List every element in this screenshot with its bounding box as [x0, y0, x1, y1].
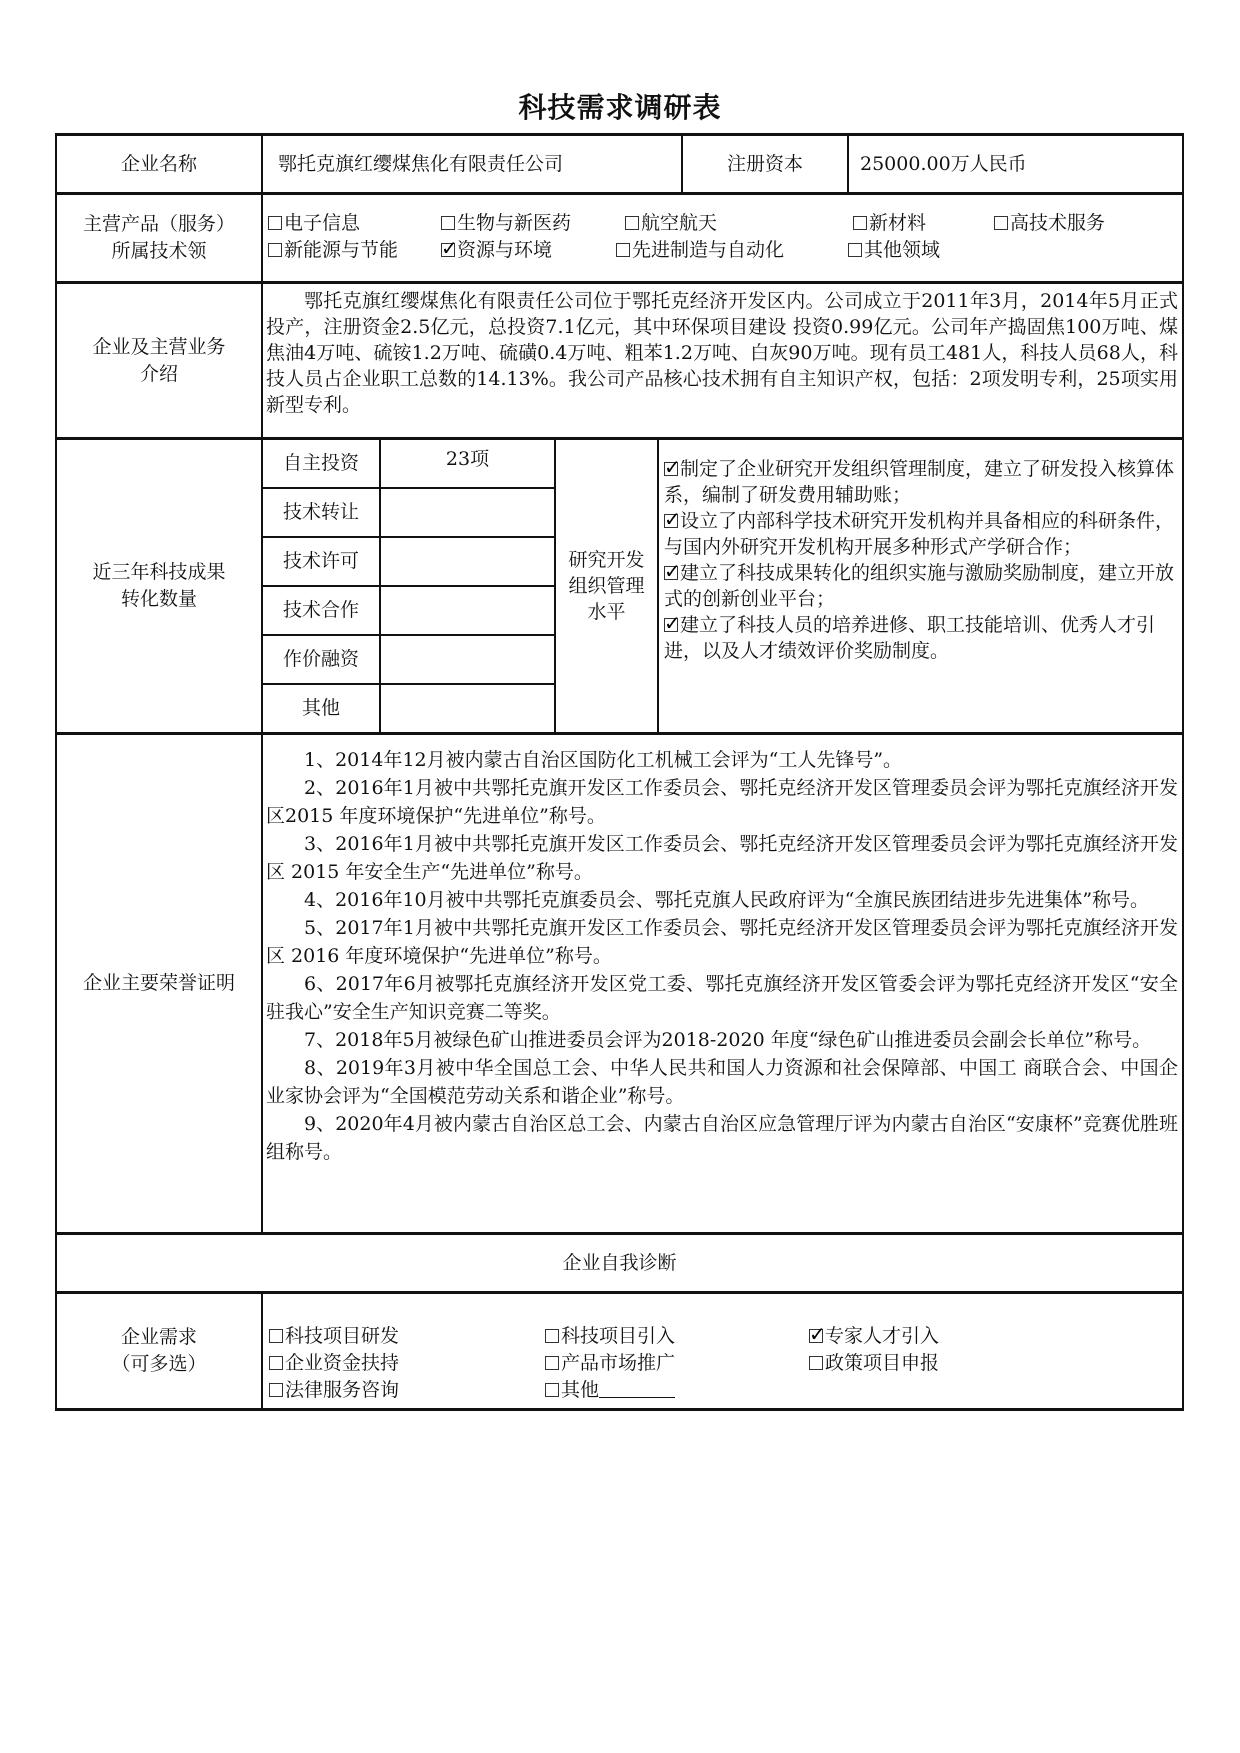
option-label: 航空航天 — [641, 212, 717, 234]
company-name-value: 鄂托克旗红缨煤焦化有限责任公司 — [278, 136, 678, 192]
achievements-label: 近三年科技成果 转化数量 — [57, 440, 261, 732]
achievement-value — [381, 538, 554, 585]
honor-item: 6、2017年6月被鄂托克旗经济开发区党工委、鄂托克旗经济开发区管委会评为鄂托克… — [266, 970, 1178, 1026]
honors-label: 企业主要荣誉证明 — [57, 735, 261, 1232]
honors-list: 1、2014年12月被内蒙古自治区国防化工机械工会评为“工人先锋号”。 2、20… — [266, 746, 1178, 1166]
achievement-type: 自主投资 — [263, 440, 379, 487]
tech-field-option[interactable]: 其他领域 — [848, 237, 940, 264]
company-name-label: 企业名称 — [57, 136, 261, 192]
option-label: 其他领域 — [864, 239, 940, 261]
tech-field-option[interactable]: 先进制造与自动化 — [616, 237, 784, 264]
rd-item-text: 设立了内部科学技术研究开发机构并具备相应的科研条件，与国内外研究开发机构开展多种… — [664, 510, 1174, 558]
rd-item: 建立了科技人员的培养进修、职工技能培训、优秀人才引进，以及人才绩效评价奖励制度。 — [664, 612, 1178, 664]
achievement-type: 技术转让 — [263, 489, 379, 536]
checkbox-icon[interactable] — [545, 1329, 559, 1343]
checkbox-icon[interactable] — [269, 1356, 283, 1370]
checkbox-icon[interactable] — [268, 243, 282, 257]
rd-item: 设立了内部科学技术研究开发机构并具备相应的科研条件，与国内外研究开发机构开展多种… — [664, 508, 1178, 560]
option-label: 政策项目申报 — [825, 1352, 939, 1374]
checkbox-icon[interactable] — [269, 1329, 283, 1343]
registered-capital-value: 25000.00万人民币 — [860, 136, 1180, 192]
checkbox-checked-icon[interactable] — [809, 1329, 823, 1343]
intro-label-line1: 企业及主营业务 — [92, 334, 225, 361]
rd-item-text: 制定了企业研究开发组织管理制度，建立了研发投入核算体系，编制了研发费用辅助账； — [664, 458, 1174, 506]
rd-label-line2: 组织管理 — [568, 573, 644, 599]
achievement-value — [381, 587, 554, 634]
checkbox-icon[interactable] — [268, 216, 282, 230]
option-label: 产品市场推广 — [561, 1352, 675, 1374]
honor-item: 1、2014年12月被内蒙古自治区国防化工机械工会评为“工人先锋号”。 — [266, 746, 1178, 774]
tech-field-option[interactable]: 新能源与节能 — [268, 237, 398, 264]
checkbox-icon[interactable] — [809, 1356, 823, 1370]
achievement-type: 作价融资 — [263, 636, 379, 683]
rd-management-items: 制定了企业研究开发组织管理制度，建立了研发投入核算体系，编制了研发费用辅助账； … — [664, 456, 1178, 664]
col-divider — [261, 1291, 263, 1409]
tech-field-option[interactable]: 高技术服务 — [994, 210, 1105, 237]
achievement-value — [381, 685, 554, 732]
registered-capital-label: 注册资本 — [683, 136, 847, 192]
tech-field-label: 主营产品（服务） 所属技术领 — [57, 195, 261, 281]
honor-item: 9、2020年4月被内蒙古自治区总工会、内蒙古自治区应急管理厅评为内蒙古自治区“… — [266, 1110, 1178, 1166]
achievement-value: 23项 — [381, 440, 554, 487]
rd-label-line1: 研究开发 — [568, 547, 644, 573]
checkbox-checked-icon[interactable] — [664, 618, 678, 632]
option-label: 新能源与节能 — [284, 239, 398, 261]
honor-item: 3、2016年1月被中共鄂托克旗开发区工作委员会、鄂托克经济开发区管理委员会评为… — [266, 830, 1178, 886]
option-label: 资源与环境 — [457, 239, 552, 261]
checkbox-icon[interactable] — [616, 243, 630, 257]
honor-item: 4、2016年10月被中共鄂托克旗委员会、鄂托克旗人民政府评为“全旗民族团结进步… — [266, 886, 1178, 914]
achievements-label-line2: 转化数量 — [121, 586, 197, 613]
checkbox-icon[interactable] — [441, 216, 455, 230]
checkbox-icon[interactable] — [269, 1383, 283, 1397]
need-option[interactable]: 政策项目申报 — [809, 1350, 939, 1377]
rd-label-line3: 水平 — [587, 599, 625, 625]
tech-field-label-line2: 所属技术领 — [111, 238, 206, 265]
tech-field-label-line1: 主营产品（服务） — [83, 211, 235, 238]
tech-field-option[interactable]: 新材料 — [853, 210, 926, 237]
checkbox-icon[interactable] — [848, 243, 862, 257]
option-label: 新材料 — [869, 212, 926, 234]
rd-item: 制定了企业研究开发组织管理制度，建立了研发投入核算体系，编制了研发费用辅助账； — [664, 456, 1178, 508]
checkbox-icon[interactable] — [853, 216, 867, 230]
option-label: 专家人才引入 — [825, 1325, 939, 1347]
need-option[interactable]: 企业资金扶持 — [269, 1350, 399, 1377]
tech-field-option[interactable]: 生物与新医药 — [441, 210, 571, 237]
need-option-other[interactable]: 其他 — [545, 1377, 675, 1404]
option-label: 科技项目引入 — [561, 1325, 675, 1347]
intro-text: 鄂托克旗红缨煤焦化有限责任公司位于鄂托克经济开发区内。公司成立于2011年3月，… — [266, 288, 1178, 418]
tech-field-option-checked[interactable]: 资源与环境 — [441, 237, 552, 264]
self-diagnosis-header: 企业自我诊断 — [57, 1235, 1182, 1291]
intro-label-line2: 介绍 — [140, 361, 178, 388]
achievement-type: 其他 — [263, 685, 379, 732]
achievement-type: 技术许可 — [263, 538, 379, 585]
need-option[interactable]: 法律服务咨询 — [269, 1377, 399, 1404]
checkbox-icon[interactable] — [994, 216, 1008, 230]
rd-item-text: 建立了科技成果转化的组织实施与激励奖励制度，建立开放式的创新创业平台； — [664, 562, 1174, 610]
table-border-right — [1182, 133, 1184, 1411]
checkbox-checked-icon[interactable] — [664, 514, 678, 528]
checkbox-checked-icon[interactable] — [441, 243, 455, 257]
checkbox-checked-icon[interactable] — [664, 462, 678, 476]
need-option[interactable]: 产品市场推广 — [545, 1350, 675, 1377]
checkbox-icon[interactable] — [545, 1356, 559, 1370]
achievement-value — [381, 489, 554, 536]
col-divider — [847, 133, 849, 193]
honor-item: 7、2018年5月被绿色矿山推进委员会评为2018-2020 年度“绿色矿山推进… — [266, 1026, 1178, 1054]
checkbox-icon[interactable] — [545, 1383, 559, 1397]
tech-field-option[interactable]: 电子信息 — [268, 210, 360, 237]
intro-label: 企业及主营业务 介绍 — [57, 284, 261, 437]
option-label: 先进制造与自动化 — [632, 239, 784, 261]
achievements-label-line1: 近三年科技成果 — [92, 559, 225, 586]
rd-item: 建立了科技成果转化的组织实施与激励奖励制度，建立开放式的创新创业平台； — [664, 560, 1178, 612]
need-option-checked[interactable]: 专家人才引入 — [809, 1323, 939, 1350]
honor-item: 2、2016年1月被中共鄂托克旗开发区工作委员会、鄂托克经济开发区管理委员会评为… — [266, 774, 1178, 830]
table-border-bottom — [56, 1408, 1184, 1411]
checkbox-checked-icon[interactable] — [664, 566, 678, 580]
needs-label-line1: 企业需求 — [121, 1324, 197, 1351]
rd-item-text: 建立了科技人员的培养进修、职工技能培训、优秀人才引进，以及人才绩效评价奖励制度。 — [664, 614, 1155, 662]
col-divider — [657, 437, 659, 733]
option-label: 法律服务咨询 — [285, 1379, 399, 1401]
needs-label: 企业需求 （可多选） — [57, 1294, 261, 1408]
rd-management-label: 研究开发 组织管理 水平 — [556, 440, 657, 732]
option-label: 科技项目研发 — [285, 1325, 399, 1347]
option-label: 电子信息 — [284, 212, 360, 234]
achievement-type: 技术合作 — [263, 587, 379, 634]
achievement-value — [381, 636, 554, 683]
honor-item: 5、2017年1月被中共鄂托克旗开发区工作委员会、鄂托克经济开发区管理委员会评为… — [266, 914, 1178, 970]
option-label: 企业资金扶持 — [285, 1352, 399, 1374]
need-option[interactable]: 科技项目引入 — [545, 1323, 675, 1350]
page-title: 科技需求调研表 — [0, 90, 1240, 126]
other-blank-field[interactable] — [599, 1379, 675, 1398]
option-label: 其他 — [561, 1379, 599, 1401]
option-label: 生物与新医药 — [457, 212, 571, 234]
needs-label-line2: （可多选） — [111, 1351, 206, 1378]
honor-item: 8、2019年3月被中华全国总工会、中华人民共和国人力资源和社会保障部、中国工 … — [266, 1054, 1178, 1110]
checkbox-icon[interactable] — [625, 216, 639, 230]
need-option[interactable]: 科技项目研发 — [269, 1323, 399, 1350]
option-label: 高技术服务 — [1010, 212, 1105, 234]
tech-field-option[interactable]: 航空航天 — [625, 210, 717, 237]
